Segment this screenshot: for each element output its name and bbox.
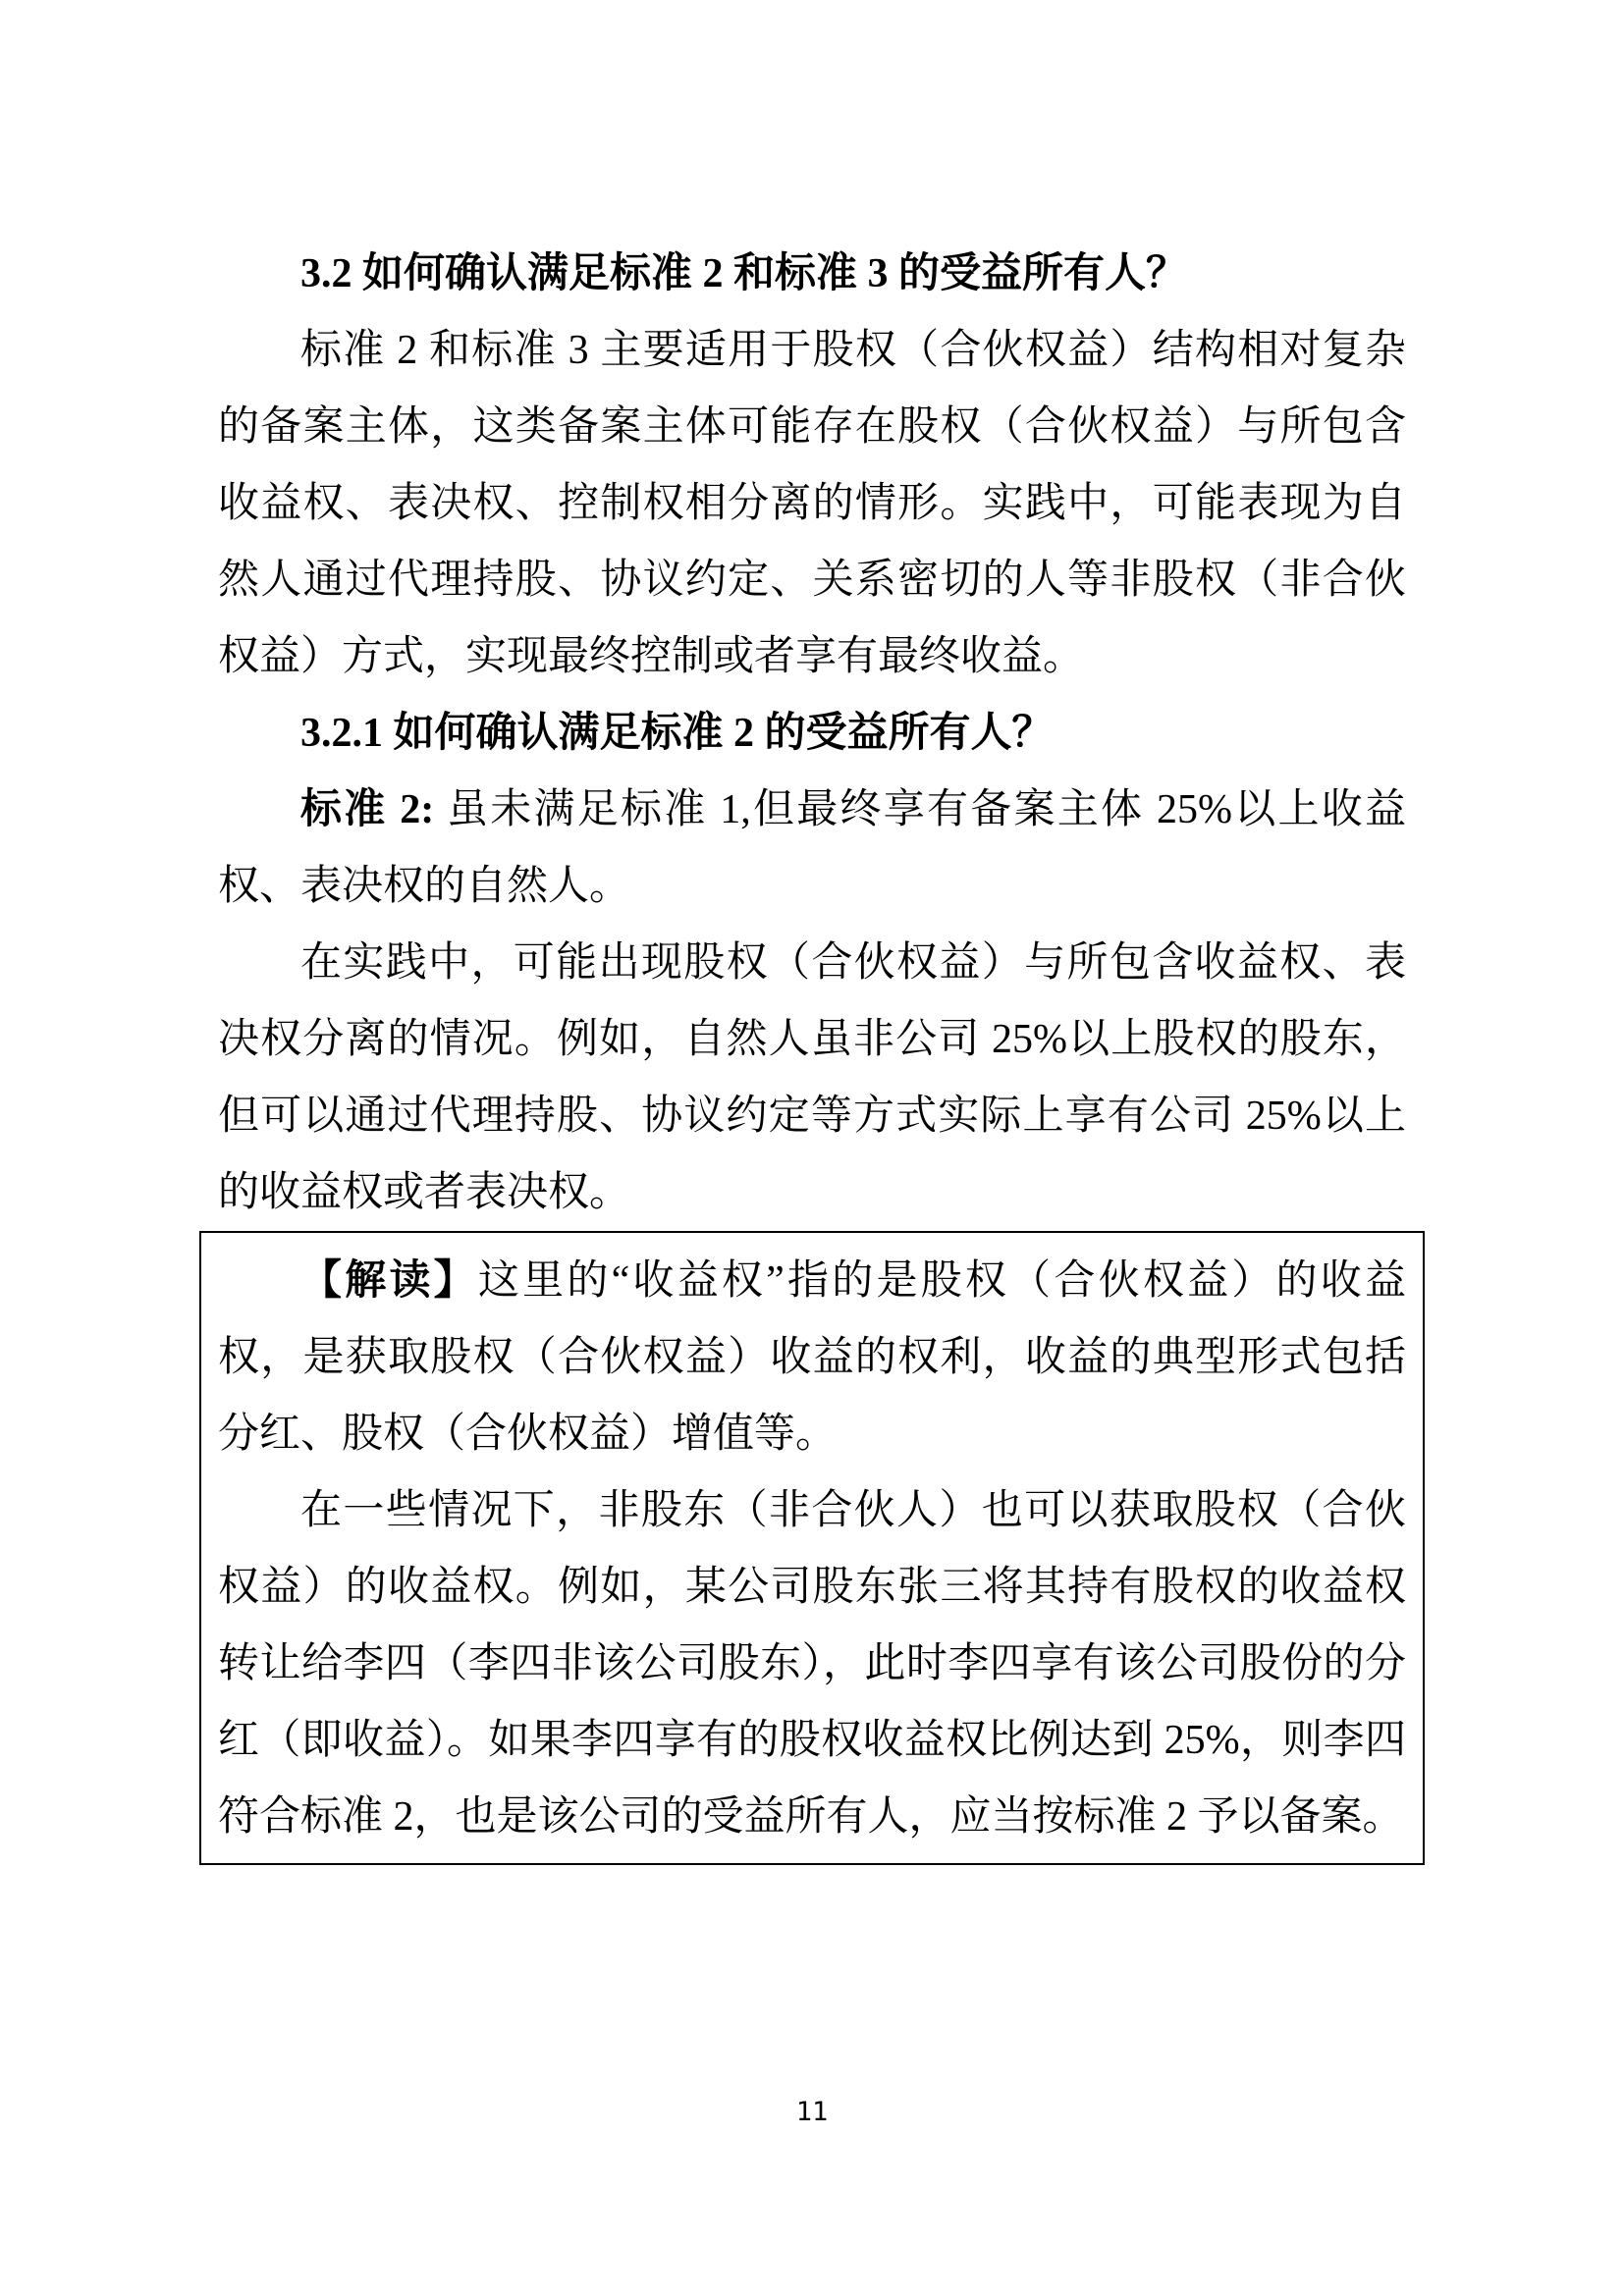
interpretation-paragraph-2: 在一些情况下，非股东（非合伙人）也可以获取股权（合伙权益）的收益权。例如，某公司… [218,1472,1406,1855]
paragraph-intro: 标准 2 和标准 3 主要适用于股权（合伙权益）结构相对复杂的备案主体，这类备案… [218,312,1406,695]
standard2-label: 标准 2: [300,787,447,832]
document-page: 3.2 如何确认满足标准 2 和标准 3 的受益所有人？ 标准 2 和标准 3 … [0,0,1624,2296]
paragraph-practice: 在实践中，可能出现股权（合伙权益）与所包含收益权、表决权分离的情况。例如，自然人… [218,925,1406,1231]
page-footer: 11 [0,2099,1624,2125]
page-number: 11 [796,2097,829,2127]
section-heading-3-2: 3.2 如何确认满足标准 2 和标准 3 的受益所有人？ [218,236,1406,312]
interpretation-paragraph-1: 【解读】这里的“收益权”指的是股权（合伙权益）的收益权，是获取股权（合伙权益）收… [218,1243,1406,1472]
paragraph-standard2: 标准 2: 虽未满足标准 1,但最终享有备案主体 25%以上收益权、表决权的自然… [218,772,1406,925]
interpretation-box: 【解读】这里的“收益权”指的是股权（合伙权益）的收益权，是获取股权（合伙权益）收… [199,1231,1425,1865]
interpretation-label: 【解读】 [300,1258,478,1304]
section-heading-3-2-1: 3.2.1 如何确认满足标准 2 的受益所有人？ [218,695,1406,772]
document-body: 3.2 如何确认满足标准 2 和标准 3 的受益所有人？ 标准 2 和标准 3 … [218,236,1406,1865]
